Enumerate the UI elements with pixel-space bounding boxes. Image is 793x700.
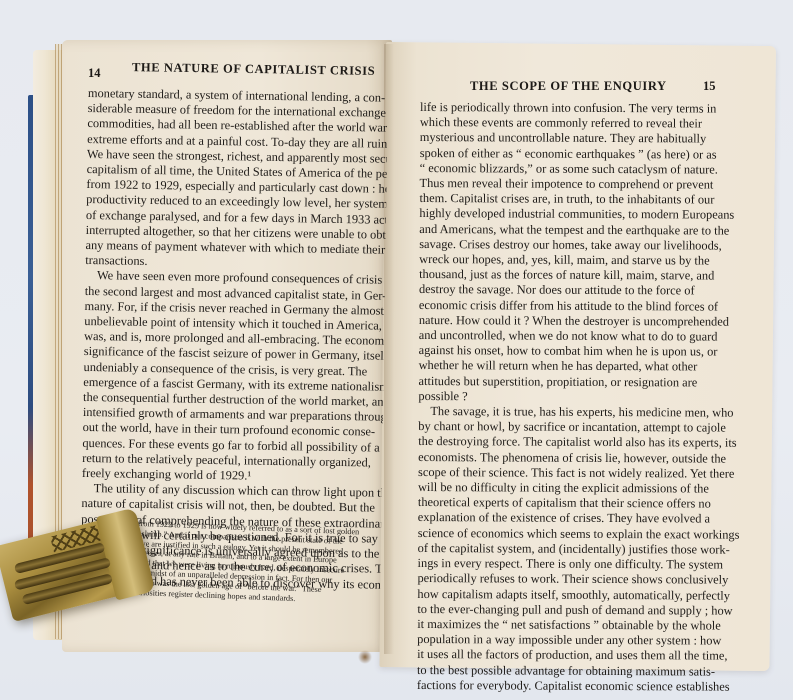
text-line: how capitalism adapts itself, smoothly, … <box>417 586 737 603</box>
text-line: and uncontrolled, when we do not know wh… <box>419 328 739 345</box>
text-line: Thus men reveal their impotence to compr… <box>420 176 740 193</box>
text-line: possible ? <box>418 389 738 406</box>
text-line: savage. Crises destroy our homes, take a… <box>419 237 739 254</box>
text-line: attitudes but superstition, propitiation… <box>418 374 738 391</box>
text-line: economic crisis differ from his attitude… <box>419 298 739 315</box>
right-running-head: THE SCOPE OF THE ENQUIRY <box>470 79 667 94</box>
text-line: population in a way impossible under any… <box>417 632 737 649</box>
text-line: economists. The phenomena of crisis lie,… <box>418 450 738 467</box>
text-line: it uses all the factors of production, a… <box>417 647 737 664</box>
text-line: to the ever-changing pull and push of de… <box>417 602 737 619</box>
text-line: of the capitalist system, and (incidenta… <box>418 541 738 558</box>
text-line: thousand, just as the forces of nature k… <box>419 267 739 284</box>
text-line: mysterious and uncontrollable nature. Th… <box>420 130 740 147</box>
text-line: by chant or howl, by sacrifice or incant… <box>418 419 738 436</box>
text-line: which these events are commonly referred… <box>420 115 740 132</box>
text-line: them. Capitalist crises are, in truth, t… <box>419 191 739 208</box>
text-line: periodically refuses to work. Their scie… <box>417 571 737 588</box>
text-line: theoretical experts of capitalism that t… <box>418 495 738 512</box>
right-page-number: 15 <box>703 79 716 94</box>
text-line: whether he will return when he has depar… <box>419 358 739 375</box>
text-line: ings in every respect. There is only one… <box>418 556 738 573</box>
text-line: spoken of either as “ economic earthquak… <box>420 146 740 163</box>
left-page-number: 14 <box>88 66 101 81</box>
text-line: nature. How could it ? When the destroye… <box>419 313 739 330</box>
text-line: factions for everybody. Capitalist econo… <box>417 678 737 695</box>
text-line: life is periodically thrown into confusi… <box>420 100 740 117</box>
text-line: the destroying force. The capitalist wor… <box>418 434 738 451</box>
text-line: “ economic blizzards,” or as some such c… <box>420 161 740 178</box>
text-line: it maximizes the “ net satisfactions ” o… <box>417 617 737 634</box>
text-line: explanation of the existence of crises. … <box>418 510 738 527</box>
text-line: science of economics which seems to expl… <box>418 526 738 543</box>
text-line: against his onset, how to combat him whe… <box>419 343 739 360</box>
right-page-body: life is periodically thrown into confusi… <box>417 100 740 695</box>
text-line: scope of their science. This fact is not… <box>418 465 738 482</box>
text-line: wreck our hopes, and, yes, kill, maim, a… <box>419 252 739 269</box>
loose-thread <box>358 650 372 664</box>
text-line: The savage, it is true, has his experts,… <box>418 404 738 421</box>
text-line: to the best possible advantage for obtai… <box>417 663 737 680</box>
photo-scene: 14 THE NATURE OF CAPITALIST CRISIS monet… <box>0 0 793 700</box>
text-line: and Americans, what the tempest and the … <box>419 222 739 239</box>
text-line: highly developed industrial communities,… <box>419 206 739 223</box>
text-line: will be no difficulty in citing the expl… <box>418 480 738 497</box>
text-line: destroy the savage. Nor does our attitud… <box>419 282 739 299</box>
